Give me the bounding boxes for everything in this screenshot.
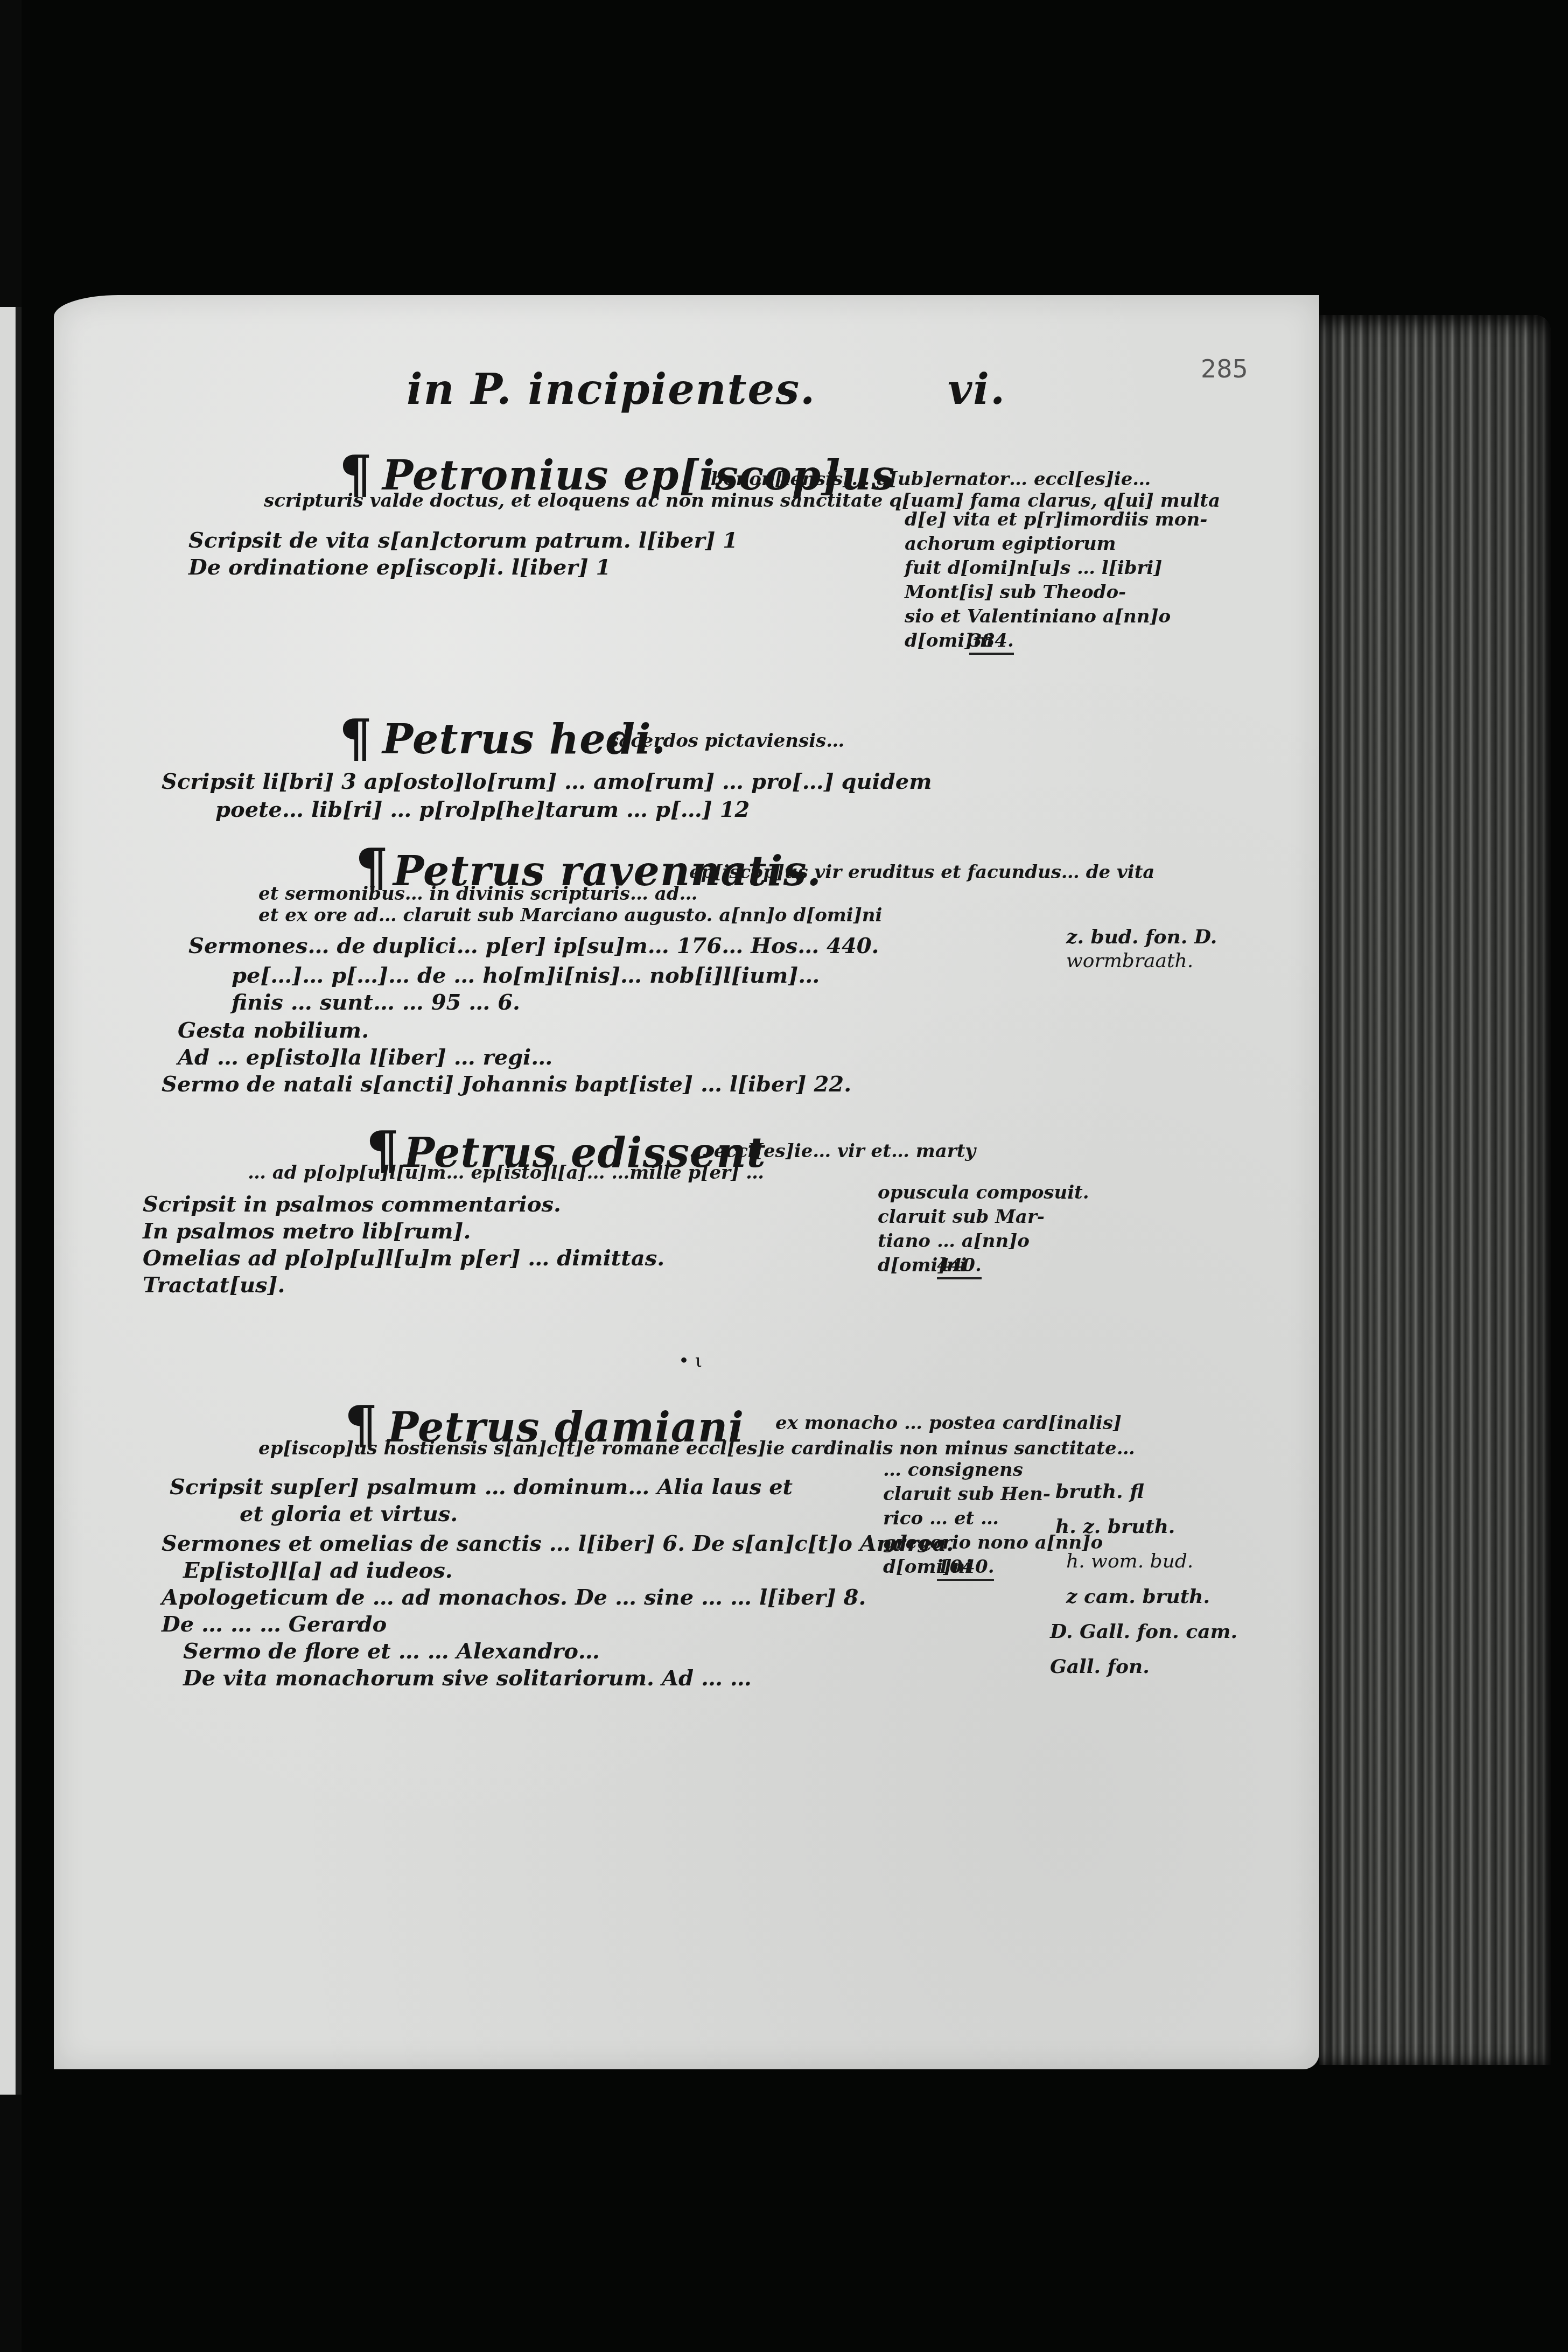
right-margin-ref: Gall. fon. bbox=[1050, 1655, 1150, 1678]
margin-date: 384. bbox=[969, 629, 1014, 655]
margin-note: … consignens bbox=[883, 1458, 1023, 1482]
entry-work: In psalmos metro lib[rum]. bbox=[143, 1219, 471, 1244]
entry-bio-line: ep[iscop]us hostiensis s[an]c[t]e romane… bbox=[258, 1438, 1135, 1459]
entry-work: Sermo de flore et … … Alexandro… bbox=[183, 1639, 600, 1664]
entry-work: pe[…]… p[…]… de … ho[m]i[nis]… nob[i]l[i… bbox=[232, 963, 820, 989]
right-margin-ref: h. wom. bud. bbox=[1066, 1550, 1193, 1573]
entry-work: Tractat[us]. bbox=[143, 1272, 285, 1298]
entry-bio-line: bonon[iensis]… g[ub]ernator… eccl[es]ie… bbox=[711, 468, 1151, 490]
entry-bio-line: ep[iscop]us vir eruditus et facundus… de… bbox=[689, 862, 1154, 883]
right-margin-ref: D. Gall. fon. cam. bbox=[1050, 1620, 1237, 1643]
margin-note: fuit d[omi]n[u]s … l[ibri] bbox=[905, 556, 1162, 580]
entry-work: Scripsit de vita s[an]ctorum patrum. l[i… bbox=[188, 528, 738, 554]
margin-note: d[e] vita et p[r]imordiis mon- bbox=[905, 508, 1207, 531]
entry-work: De ordinatione ep[iscop]i. l[iber] 1 bbox=[188, 555, 611, 580]
margin-note: rico … et … bbox=[883, 1507, 999, 1530]
entry-bio-line: … eccl[es]ie… vir et… marty bbox=[689, 1140, 976, 1162]
entry-bio-line: et sermonibus… in divinis scripturis… ad… bbox=[258, 883, 698, 905]
margin-date: 440. bbox=[937, 1254, 982, 1279]
section-number: vi. bbox=[948, 365, 1006, 414]
right-margin-ref: h. z. bruth. bbox=[1055, 1515, 1175, 1538]
entry-work: Sermones… de duplici… p[er] ip[su]m… 176… bbox=[188, 933, 879, 959]
separator-mark: • ι bbox=[678, 1350, 702, 1372]
entry-work: Sermo de natali s[ancti] Johannis bapt[i… bbox=[162, 1072, 851, 1097]
entry-bio-line: sacerdos pictaviensis… bbox=[608, 730, 844, 752]
margin-note: Mont[is] sub Theodo- bbox=[905, 580, 1126, 604]
margin-note: claruit sub Hen- bbox=[883, 1482, 1051, 1506]
entry-work: Ad … ep[isto]la l[iber] … regi… bbox=[178, 1045, 552, 1070]
entry-bio-line: … ad p[o]p[u]l[u]m… ep[isto]l[a]… …mille… bbox=[248, 1162, 764, 1184]
margin-note: achorum egiptiorum bbox=[905, 532, 1116, 556]
entry-work: Scripsit sup[er] psalmum … dominum… Alia… bbox=[170, 1474, 793, 1500]
entry-work: poete… lib[ri] … p[ro]p[he]tarum … p[…] … bbox=[215, 797, 750, 823]
entry-bio-line: ex monacho … postea card[inalis] bbox=[775, 1412, 1122, 1434]
margin-note: claruit sub Mar- bbox=[878, 1205, 1045, 1229]
entry-work: finis … sunt… … 95 … 6. bbox=[232, 990, 520, 1016]
right-margin-ref: bruth. fl bbox=[1055, 1480, 1144, 1503]
margin-note: sio et Valentiniano a[nn]o bbox=[905, 605, 1171, 628]
entry-work: Apologeticum de … ad monachos. De … sine… bbox=[162, 1585, 866, 1611]
right-margin-ref: z. bud. fon. D. bbox=[1066, 925, 1217, 949]
margin-date: 1040. bbox=[937, 1555, 994, 1581]
margin-note: opuscula composuit. bbox=[878, 1181, 1089, 1205]
right-margin-ref: z cam. bruth. bbox=[1066, 1585, 1210, 1608]
entry-bio-line: et ex ore ad… claruit sub Marciano augus… bbox=[258, 905, 882, 926]
manuscript-page: in P. incipientes. vi. 285 ¶ Petronius e… bbox=[54, 295, 1319, 2069]
folio-number: 285 bbox=[1201, 354, 1248, 383]
entry-work: et gloria et virtus. bbox=[240, 1501, 458, 1527]
entry-work: De vita monachorum sive solitariorum. Ad… bbox=[183, 1665, 752, 1691]
entry-work: De … … … Gerardo bbox=[162, 1612, 387, 1637]
entry-work: Scripsit in psalmos commentarios. bbox=[143, 1192, 561, 1217]
entry-work: Scripsit li[bri] 3 ap[osto]lo[rum] … amo… bbox=[162, 769, 932, 795]
right-margin-ref: wormbraath. bbox=[1066, 949, 1193, 973]
book-page-edges bbox=[1319, 315, 1551, 2065]
entry-work: Omelias ad p[o]p[u]l[u]m p[er] … dimitta… bbox=[143, 1245, 664, 1271]
margin-note: tiano … a[nn]o bbox=[878, 1229, 1030, 1253]
adjacent-page-sliver bbox=[0, 307, 22, 2095]
pilcrow-icon: ¶ bbox=[339, 712, 372, 764]
entry-work: Gesta nobilium. bbox=[178, 1018, 369, 1044]
entry-work: Ep[isto]l[a] ad iudeos. bbox=[183, 1558, 453, 1584]
entry-work: Sermones et omelias de sanctis … l[iber]… bbox=[162, 1531, 954, 1557]
running-head: in P. incipientes. bbox=[407, 365, 816, 414]
